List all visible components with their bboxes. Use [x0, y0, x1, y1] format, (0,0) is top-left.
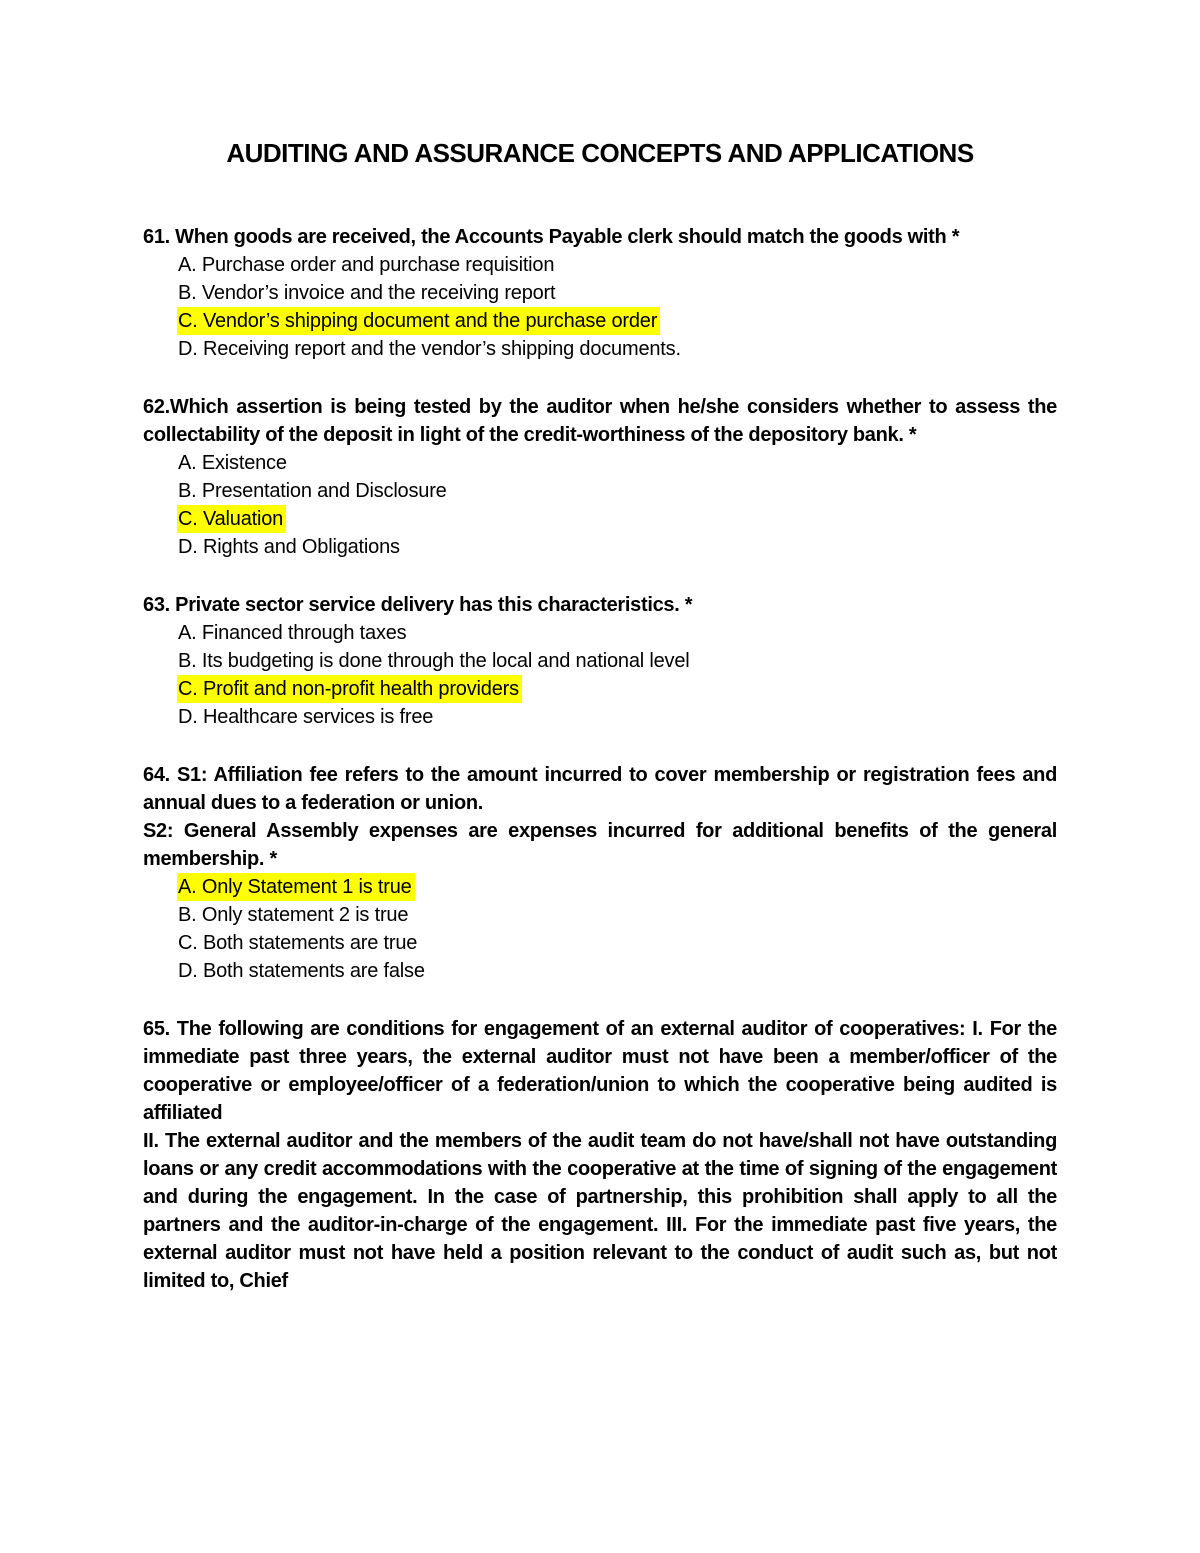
option-text: A. Financed through taxes: [177, 619, 409, 647]
question-61-option-c: C. Vendor’s shipping document and the pu…: [178, 307, 1057, 335]
question-62: 62.Which assertion is being tested by th…: [143, 393, 1057, 561]
question-62-option-b: B. Presentation and Disclosure: [178, 477, 1057, 505]
option-text: B. Presentation and Disclosure: [177, 477, 450, 505]
question-62-options: A. Existence B. Presentation and Disclos…: [143, 449, 1057, 561]
question-61-option-a: A. Purchase order and purchase requisiti…: [178, 251, 1057, 279]
question-65-text-part-1: 65. The following are conditions for eng…: [143, 1015, 1057, 1127]
question-64-option-d: D. Both statements are false: [178, 957, 1057, 985]
option-text-highlighted-answer: A. Only Statement 1 is true: [177, 873, 415, 901]
option-text: A. Existence: [177, 449, 290, 477]
option-text-highlighted-answer: C. Vendor’s shipping document and the pu…: [177, 307, 660, 335]
question-62-option-c: C. Valuation: [178, 505, 1057, 533]
question-64: 64. S1: Affiliation fee refers to the am…: [143, 761, 1057, 985]
option-text: D. Healthcare services is free: [177, 703, 436, 731]
question-63-text: 63. Private sector service delivery has …: [143, 591, 1057, 619]
question-62-option-a: A. Existence: [178, 449, 1057, 477]
option-text: C. Both statements are true: [177, 929, 420, 957]
option-text: D. Rights and Obligations: [177, 533, 403, 561]
question-64-statement-1: 64. S1: Affiliation fee refers to the am…: [143, 761, 1057, 817]
question-63-option-a: A. Financed through taxes: [178, 619, 1057, 647]
document-page: AUDITING AND ASSURANCE CONCEPTS AND APPL…: [0, 0, 1200, 1553]
option-text: D. Both statements are false: [177, 957, 428, 985]
document-title: AUDITING AND ASSURANCE CONCEPTS AND APPL…: [143, 0, 1057, 168]
option-text-highlighted-answer: C. Profit and non-profit health provider…: [177, 675, 522, 703]
question-63-options: A. Financed through taxes B. Its budgeti…: [143, 619, 1057, 731]
question-61-option-d: D. Receiving report and the vendor’s shi…: [178, 335, 1057, 363]
question-61-text: 61. When goods are received, the Account…: [143, 223, 1057, 251]
question-61: 61. When goods are received, the Account…: [143, 223, 1057, 363]
question-61-option-b: B. Vendor’s invoice and the receiving re…: [178, 279, 1057, 307]
question-65-text-part-2: II. The external auditor and the members…: [143, 1127, 1057, 1295]
question-65: 65. The following are conditions for eng…: [143, 1015, 1057, 1295]
question-63-option-d: D. Healthcare services is free: [178, 703, 1057, 731]
option-text: A. Purchase order and purchase requisiti…: [177, 251, 557, 279]
question-64-statement-2: S2: General Assembly expenses are expens…: [143, 817, 1057, 873]
question-64-options: A. Only Statement 1 is true B. Only stat…: [143, 873, 1057, 985]
option-text: B. Vendor’s invoice and the receiving re…: [177, 279, 558, 307]
question-64-option-c: C. Both statements are true: [178, 929, 1057, 957]
option-text-highlighted-answer: C. Valuation: [177, 505, 286, 533]
option-text: B. Only statement 2 is true: [177, 901, 411, 929]
option-text: B. Its budgeting is done through the loc…: [177, 647, 693, 675]
question-64-option-b: B. Only statement 2 is true: [178, 901, 1057, 929]
question-63: 63. Private sector service delivery has …: [143, 591, 1057, 731]
question-62-option-d: D. Rights and Obligations: [178, 533, 1057, 561]
question-63-option-b: B. Its budgeting is done through the loc…: [178, 647, 1057, 675]
question-63-option-c: C. Profit and non-profit health provider…: [178, 675, 1057, 703]
question-61-options: A. Purchase order and purchase requisiti…: [143, 251, 1057, 363]
option-text: D. Receiving report and the vendor’s shi…: [177, 335, 684, 363]
question-62-text: 62.Which assertion is being tested by th…: [143, 393, 1057, 449]
question-64-option-a: A. Only Statement 1 is true: [178, 873, 1057, 901]
